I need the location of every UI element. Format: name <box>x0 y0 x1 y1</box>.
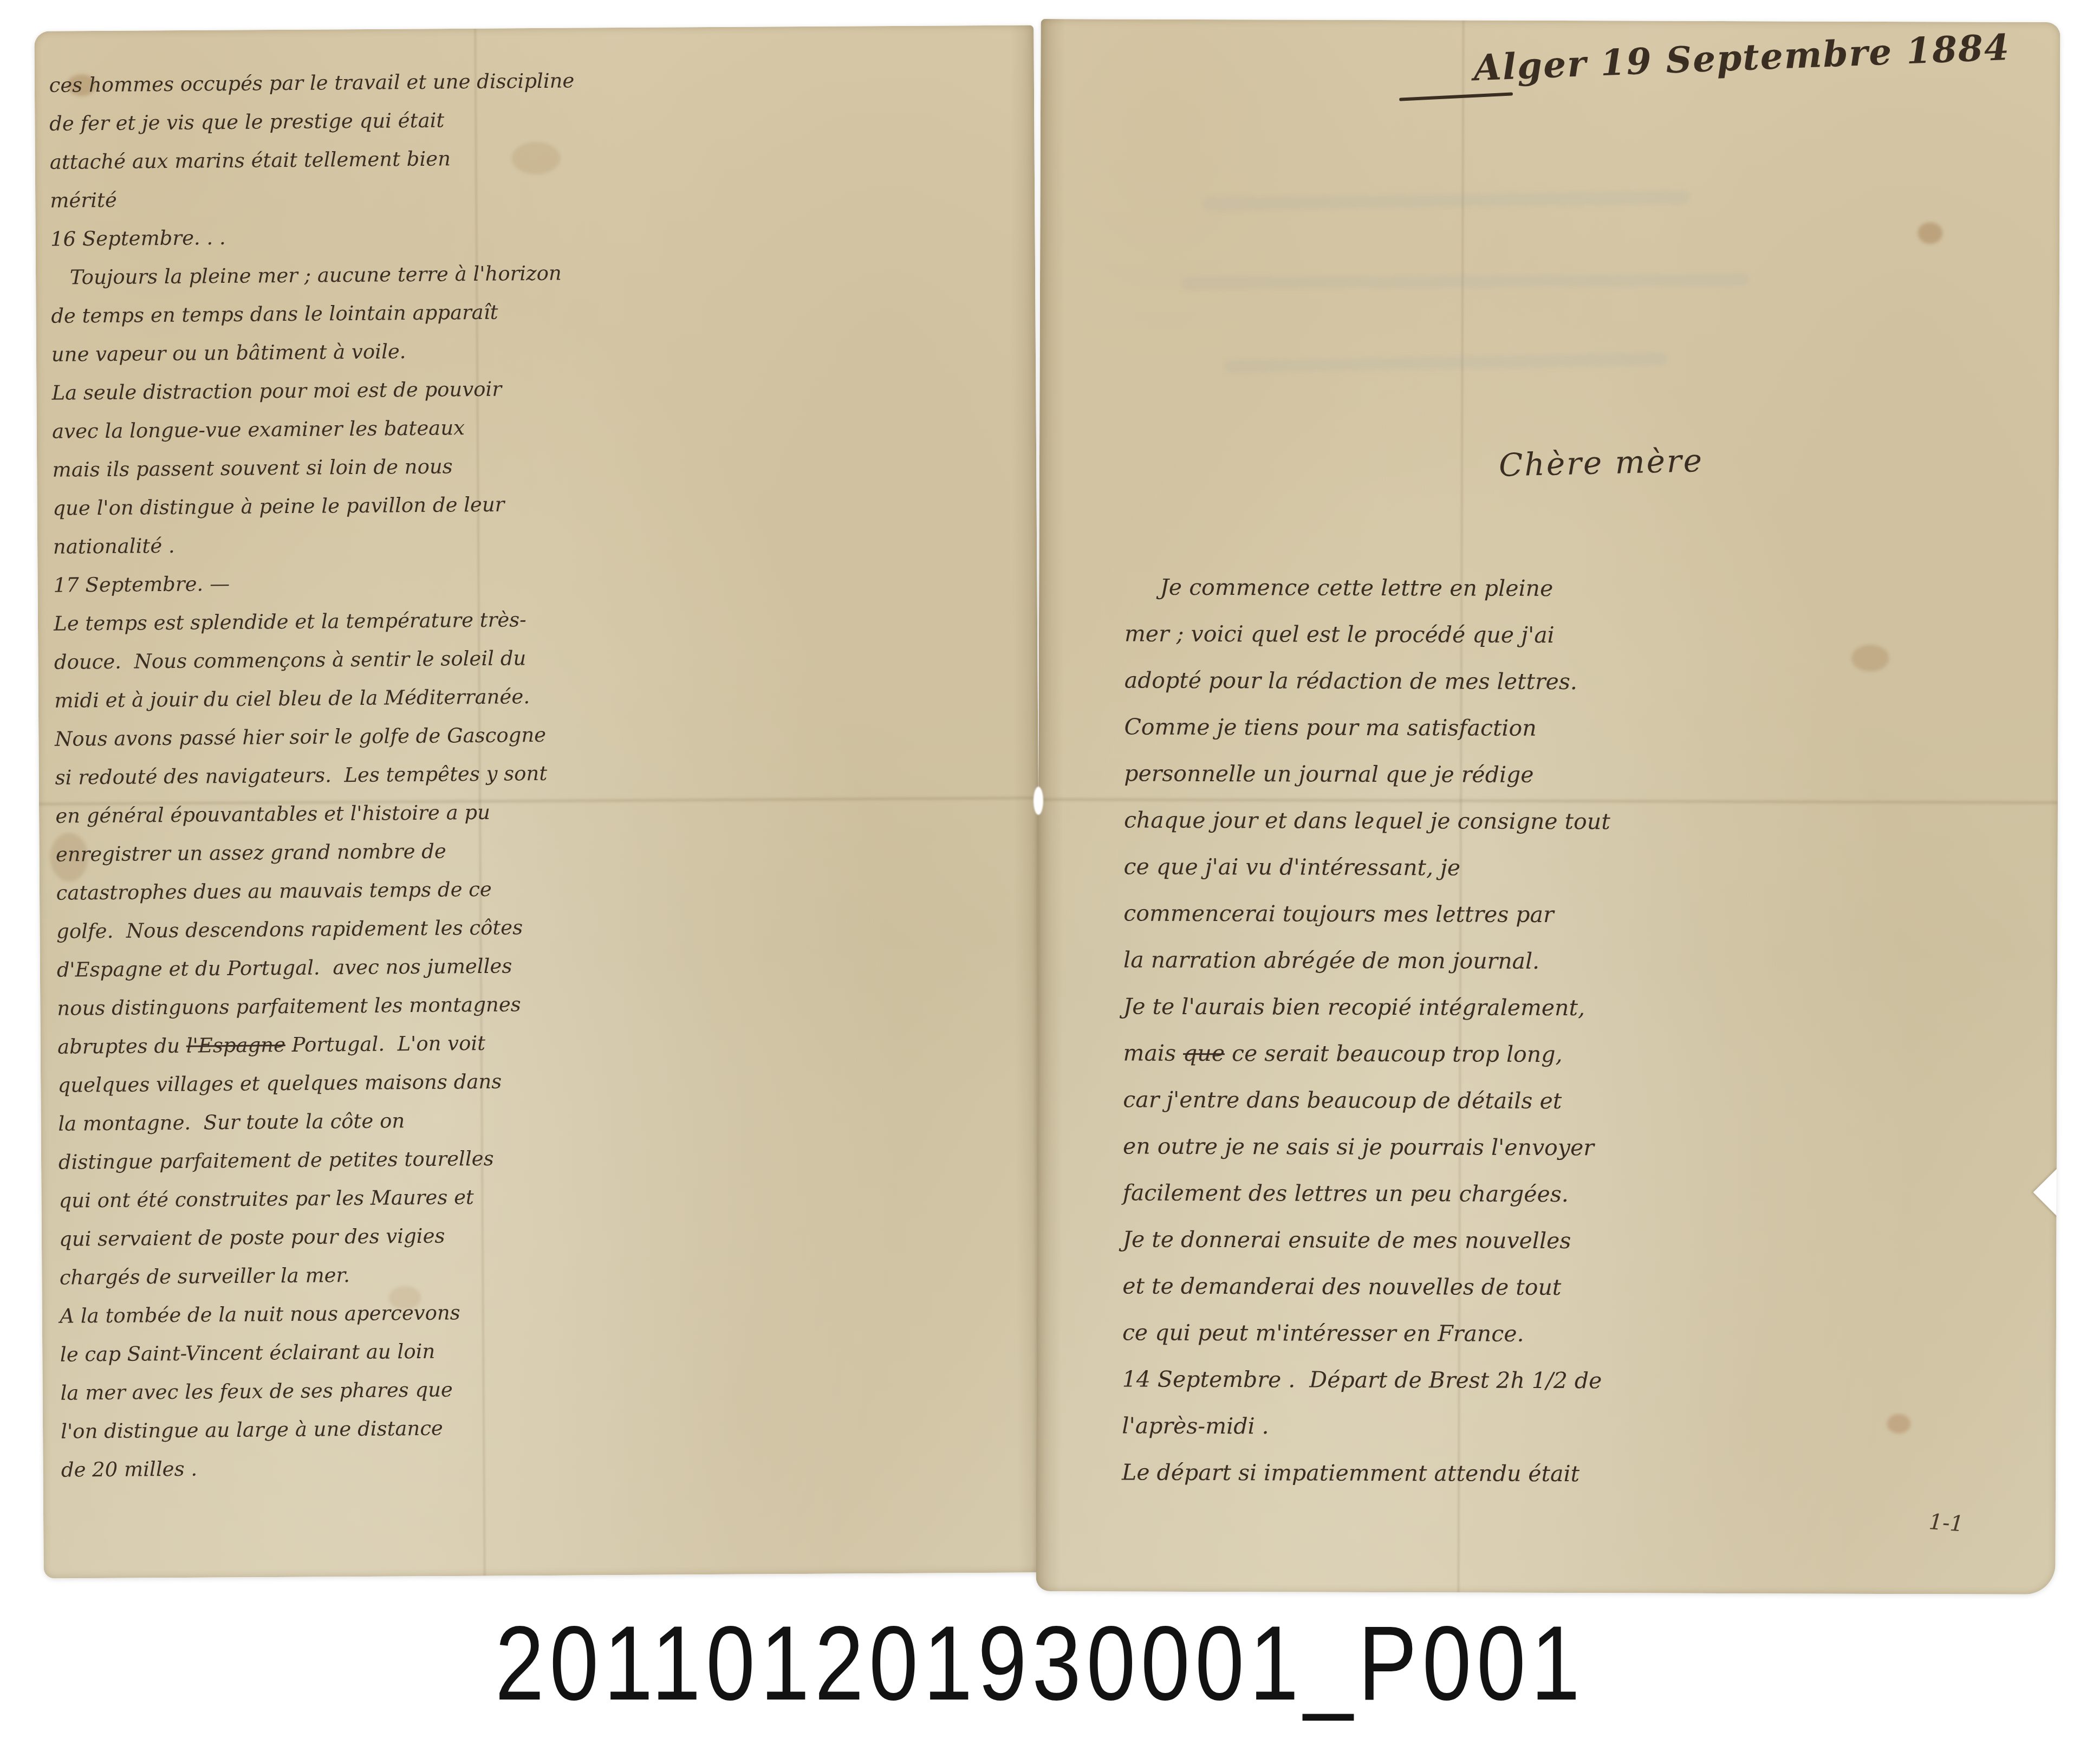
handwritten-line: Je te l'aurais bien recopié intégralemen… <box>1123 983 2044 1033</box>
handwritten-line: facilement des lettres un peu chargées. <box>1123 1170 2044 1219</box>
handwritten-line: Je te donnerai ensuite de mes nouvelles <box>1122 1216 2043 1266</box>
handwritten-line: Le départ si impatiemment attendu était <box>1122 1449 2043 1499</box>
right-page-text: Je commence cette lettre en pleinemer ; … <box>1122 564 2045 1499</box>
handwritten-line: mer ; voici quel est le procédé que j'ai <box>1124 611 2045 660</box>
letter-page-left: ces hommes occupés par le travail et une… <box>34 25 1043 1578</box>
stain <box>1917 222 1942 244</box>
letter-dateline: Alger 19 Septembre 1884 <box>1473 26 2011 89</box>
handwritten-line: car j'entre dans beaucoup de détails et <box>1123 1076 2044 1126</box>
handwritten-line: commencerai toujours mes lettres par <box>1123 890 2044 939</box>
catalog-id-text: 201101201930001_P001 <box>495 1603 1585 1724</box>
handwritten-line: et te demanderai des nouvelles de tout <box>1122 1263 2043 1312</box>
handwritten-line: ce qui peut m'intéresser en France. <box>1122 1309 2043 1359</box>
page-number-mark: 1-1 <box>1928 1509 1965 1537</box>
ink-bleed-through <box>1181 274 1750 290</box>
left-page-text: ces hommes occupés par le travail et une… <box>49 57 1036 1489</box>
ink-bleed-through <box>1224 352 1668 373</box>
handwritten-line: Comme je tiens pour ma satisfaction <box>1124 704 2045 753</box>
catalog-id-label: 201101201930001_P001 <box>0 1603 2080 1707</box>
handwritten-line: en outre je ne sais si je pourrais l'env… <box>1123 1123 2044 1172</box>
ink-bleed-through <box>1202 190 1690 211</box>
fold-hole <box>1033 787 1043 815</box>
handwritten-line: 14 Septembre . Départ de Brest 2h 1/2 de <box>1122 1356 2043 1405</box>
scanned-letter-view: ces hommes occupés par le travail et une… <box>0 0 2080 1764</box>
handwritten-line: adopté pour la rédaction de mes lettres. <box>1124 657 2045 706</box>
handwritten-line: Je commence cette lettre en pleine <box>1124 564 2045 613</box>
handwritten-line: la narration abrégée de mon journal. <box>1123 937 2044 986</box>
handwritten-line: mais que ce serait beaucoup trop long, <box>1123 1030 2044 1079</box>
handwritten-line: l'après-midi . <box>1122 1403 2043 1452</box>
letter-salutation: Chère mère <box>1498 442 1704 484</box>
letter-page-right: Alger 19 Septembre 1884 Chère mère Je co… <box>1036 19 2060 1594</box>
pen-flourish <box>1399 92 1513 101</box>
handwritten-line: ce que j'ai vu d'intéressant, je <box>1124 844 2045 893</box>
handwritten-line: chaque jour et dans lequel je consigne t… <box>1124 797 2045 846</box>
handwritten-line: personnelle un journal que je rédige <box>1124 750 2045 800</box>
